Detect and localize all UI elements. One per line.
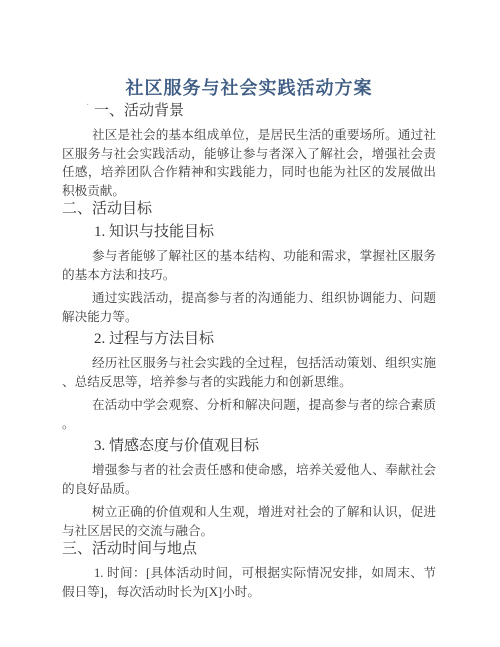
section-heading: 二、活动目标: [62, 200, 436, 219]
document-body: 一、活动背景社区是社会的基本组成单位，是居民生活的重要场所。通过社区服务与社会实…: [62, 102, 436, 601]
paragraph: 通过实践活动，提高参与者的沟通能力、组织协调能力、问题解决能力等。: [62, 289, 436, 326]
paragraph: 增强参与者的社会责任感和使命感，培养关爱他人、奉献社会的良好品质。: [62, 461, 436, 498]
stray-mark: ·: [86, 101, 89, 111]
sub-heading: 3. 情感态度与价值观目标: [62, 437, 436, 456]
paragraph: 在活动中学会观察、分析和解决问题，提高参与者的综合素质。: [62, 396, 436, 433]
section-heading: 三、活动时间与地点: [62, 540, 436, 559]
document-page: · 社区服务与社会实践活动方案 一、活动背景社区是社会的基本组成单位，是居民生活…: [0, 0, 500, 647]
sub-heading: 2. 过程与方法目标: [62, 330, 436, 349]
sub-heading: 1. 知识与技能目标: [62, 223, 436, 242]
paragraph: 经历社区服务与社会实践的全过程，包括活动策划、组织实施、总结反思等，培养参与者的…: [62, 354, 436, 391]
section-heading: 一、活动背景: [62, 102, 436, 121]
paragraph: 参与者能够了解社区的基本结构、功能和需求，掌握社区服务的基本方法和技巧。: [62, 247, 436, 284]
paragraph: 1. 时间：[具体活动时间，可根据实际情况安排，如周末、节假日等]，每次活动时长…: [62, 564, 436, 601]
paragraph: 社区是社会的基本组成单位，是居民生活的重要场所。通过社区服务与社会实践活动，能够…: [62, 126, 436, 200]
paragraph: 树立正确的价值观和人生观，增进对社会的了解和认识，促进与社区居民的交流与融合。: [62, 503, 436, 540]
document-content: · 社区服务与社会实践活动方案 一、活动背景社区是社会的基本组成单位，是居民生活…: [62, 76, 436, 601]
page-title: 社区服务与社会实践活动方案: [62, 76, 436, 100]
